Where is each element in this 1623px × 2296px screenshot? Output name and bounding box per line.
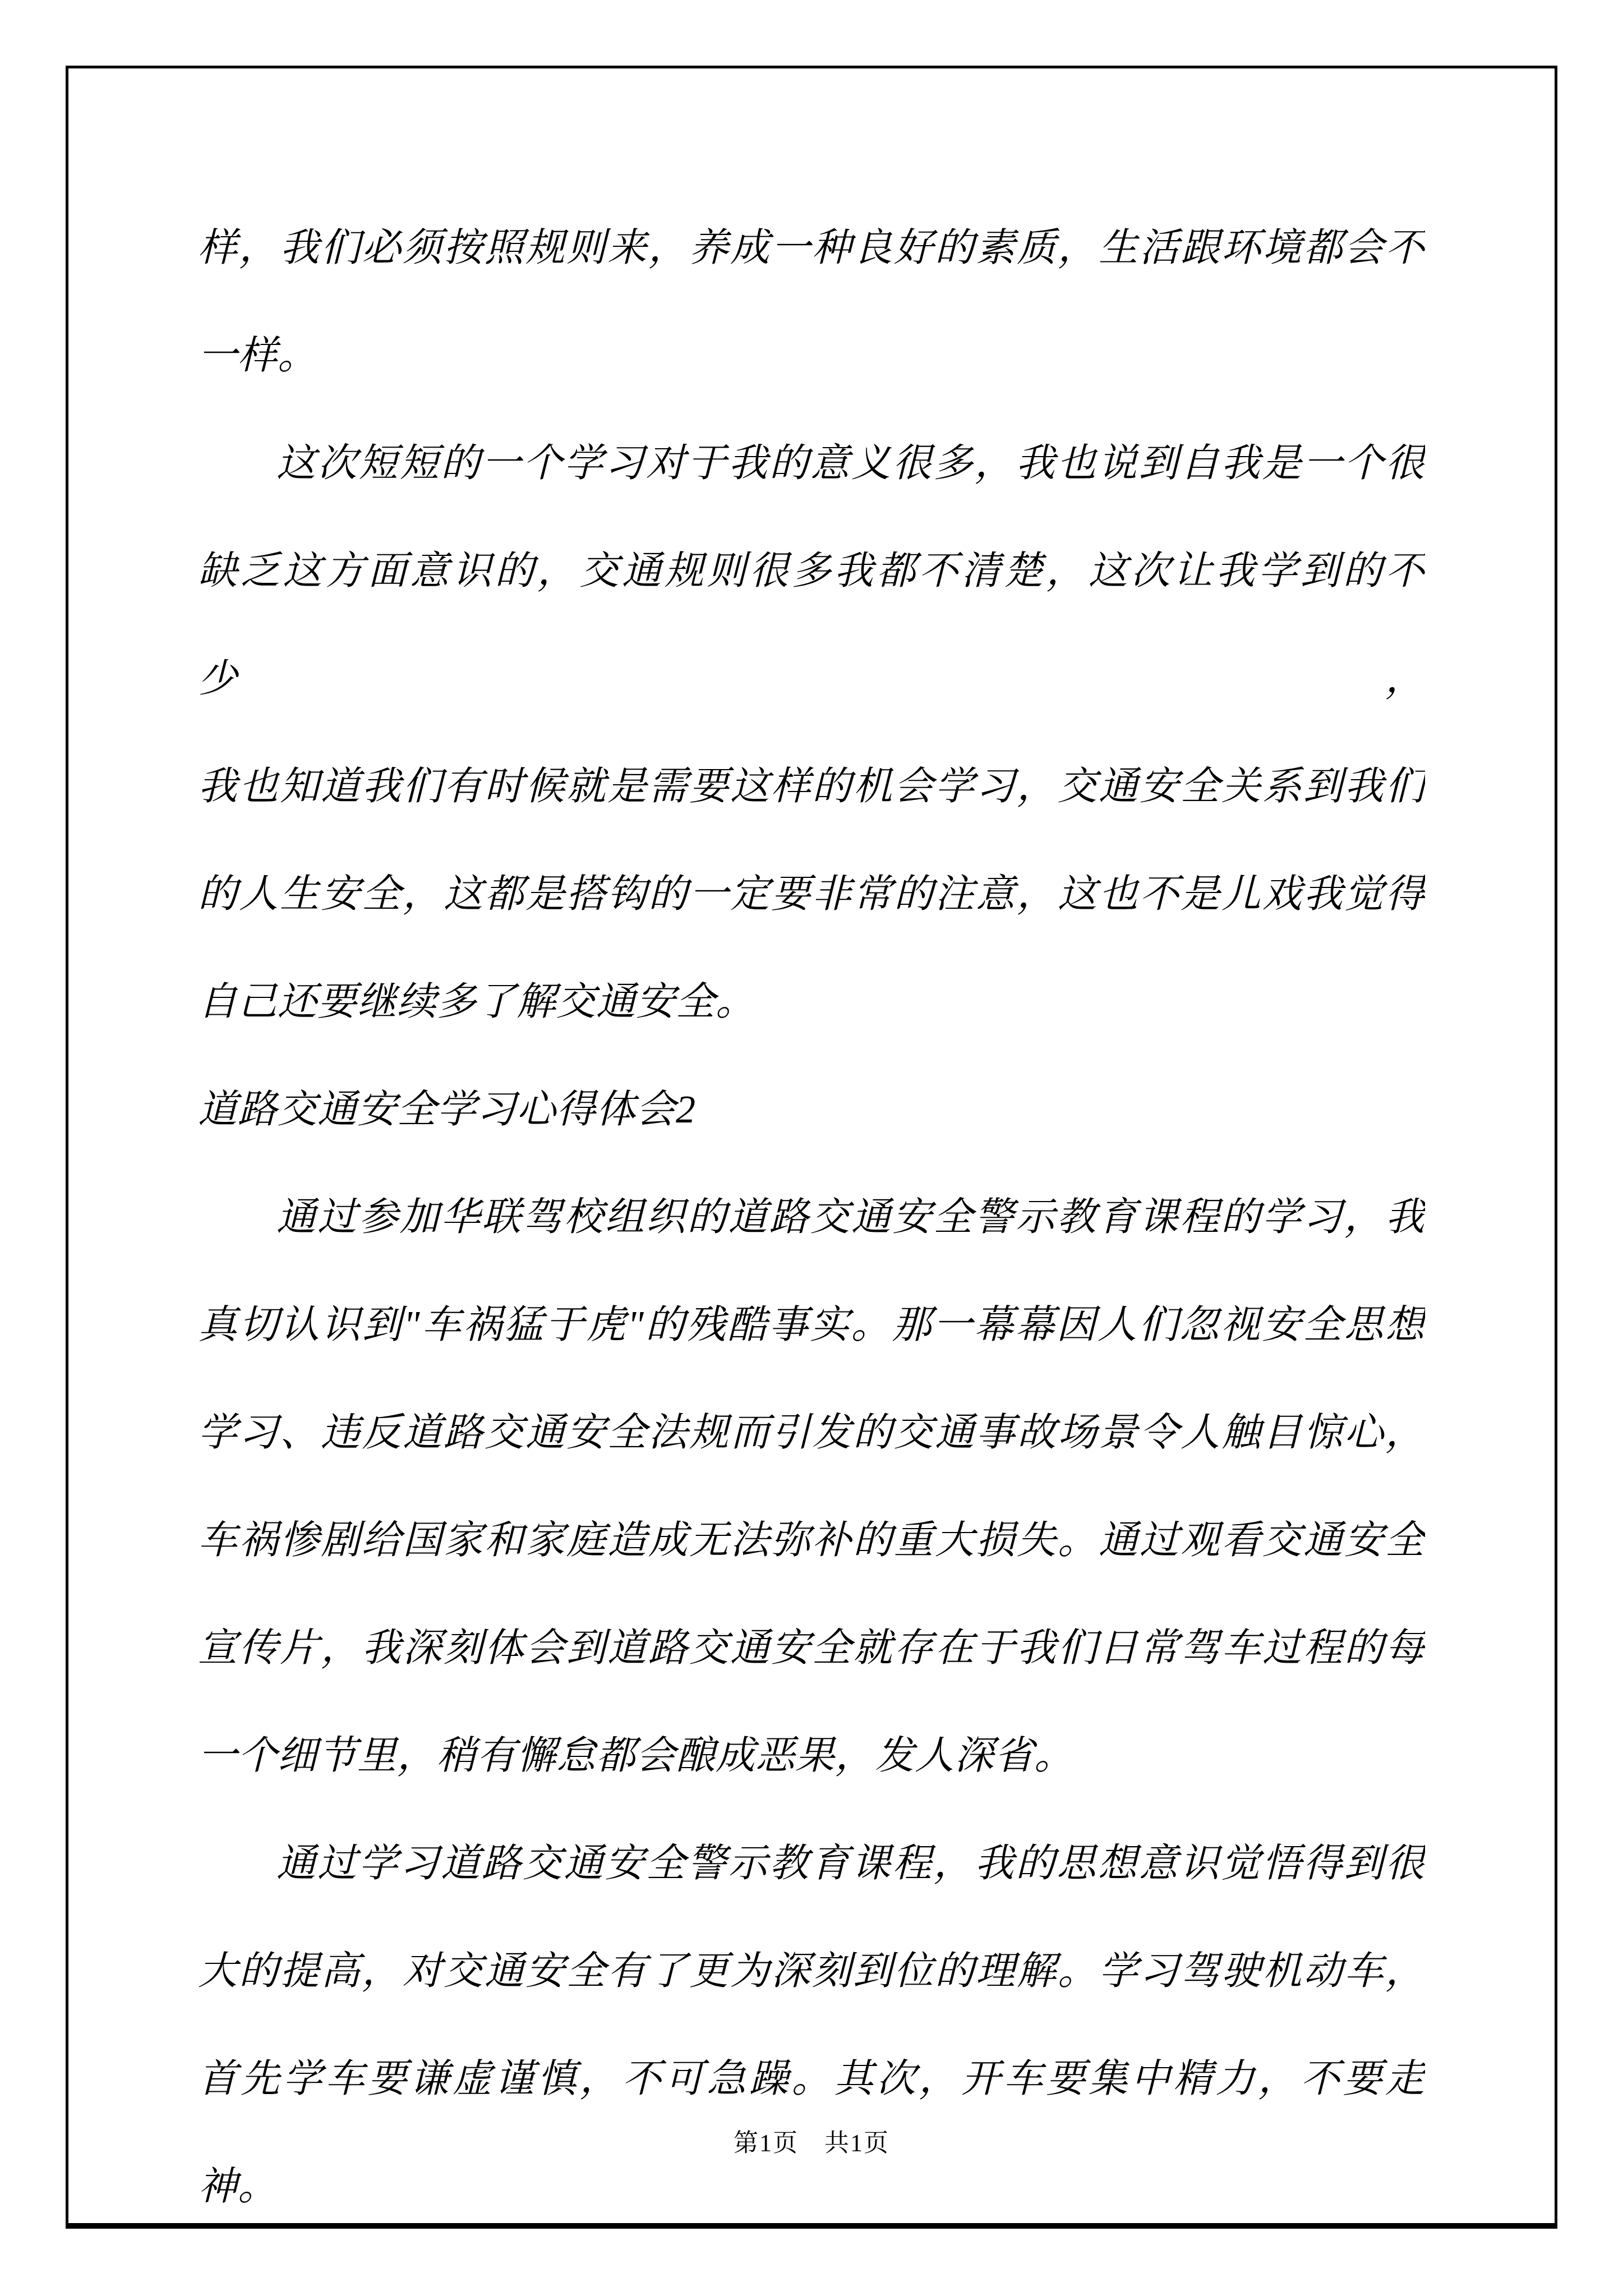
text-line: 的人生安全，这都是搭钩的一定要非常的注意，这也不是儿戏我觉得	[198, 841, 1425, 949]
text-line: 车祸惨剧给国家和家庭造成无法弥补的重大损失。通过观看交通安全	[198, 1487, 1425, 1595]
text-line: 真切认识到"车祸猛于虎"的残酷事实。那一幕幕因人们忽视安全思想	[198, 1272, 1425, 1379]
page-number-footer: 第1页 共1页	[68, 2123, 1555, 2159]
text-line: 道路交通安全学习心得体会2	[198, 1056, 1425, 1164]
text-line: 样，我们必须按照规则来，养成一种良好的素质，生活跟环境都会不	[198, 195, 1425, 302]
text-line: 自己还要继续多了解交通安全。	[198, 949, 1425, 1056]
text-line: 一个细节里，稍有懈怠都会酿成恶果，发人深省。	[198, 1703, 1425, 1810]
text-line: 宣传片，我深刻体会到道路交通安全就存在于我们日常驾车过程的每	[198, 1595, 1425, 1703]
text-line: 缺乏这方面意识的，交通规则很多我都不清楚，这次让我学到的不少，	[198, 518, 1425, 733]
text-line: 我也知道我们有时候就是需要这样的机会学习，交通安全关系到我们	[198, 733, 1425, 841]
text-line: 通过学习道路交通安全警示教育课程，我的思想意识觉悟得到很	[198, 1810, 1425, 1918]
text-line: 学习、违反道路交通安全法规而引发的交通事故场景令人触目惊心，	[198, 1379, 1425, 1487]
document-body: 样，我们必须按照规则来，养成一种良好的素质，生活跟环境都会不一样。这次短短的一个…	[68, 68, 1555, 2241]
text-line: 这次短短的一个学习对于我的意义很多，我也说到自我是一个很	[198, 410, 1425, 518]
text-line: 通过参加华联驾校组织的道路交通安全警示教育课程的学习，我	[198, 1164, 1425, 1272]
page-frame: 样，我们必须按照规则来，养成一种良好的素质，生活跟环境都会不一样。这次短短的一个…	[66, 66, 1557, 2229]
text-line: 一样。	[198, 302, 1425, 410]
text-line: 大的提高，对交通安全有了更为深刻到位的理解。学习驾驶机动车，	[198, 1918, 1425, 2026]
